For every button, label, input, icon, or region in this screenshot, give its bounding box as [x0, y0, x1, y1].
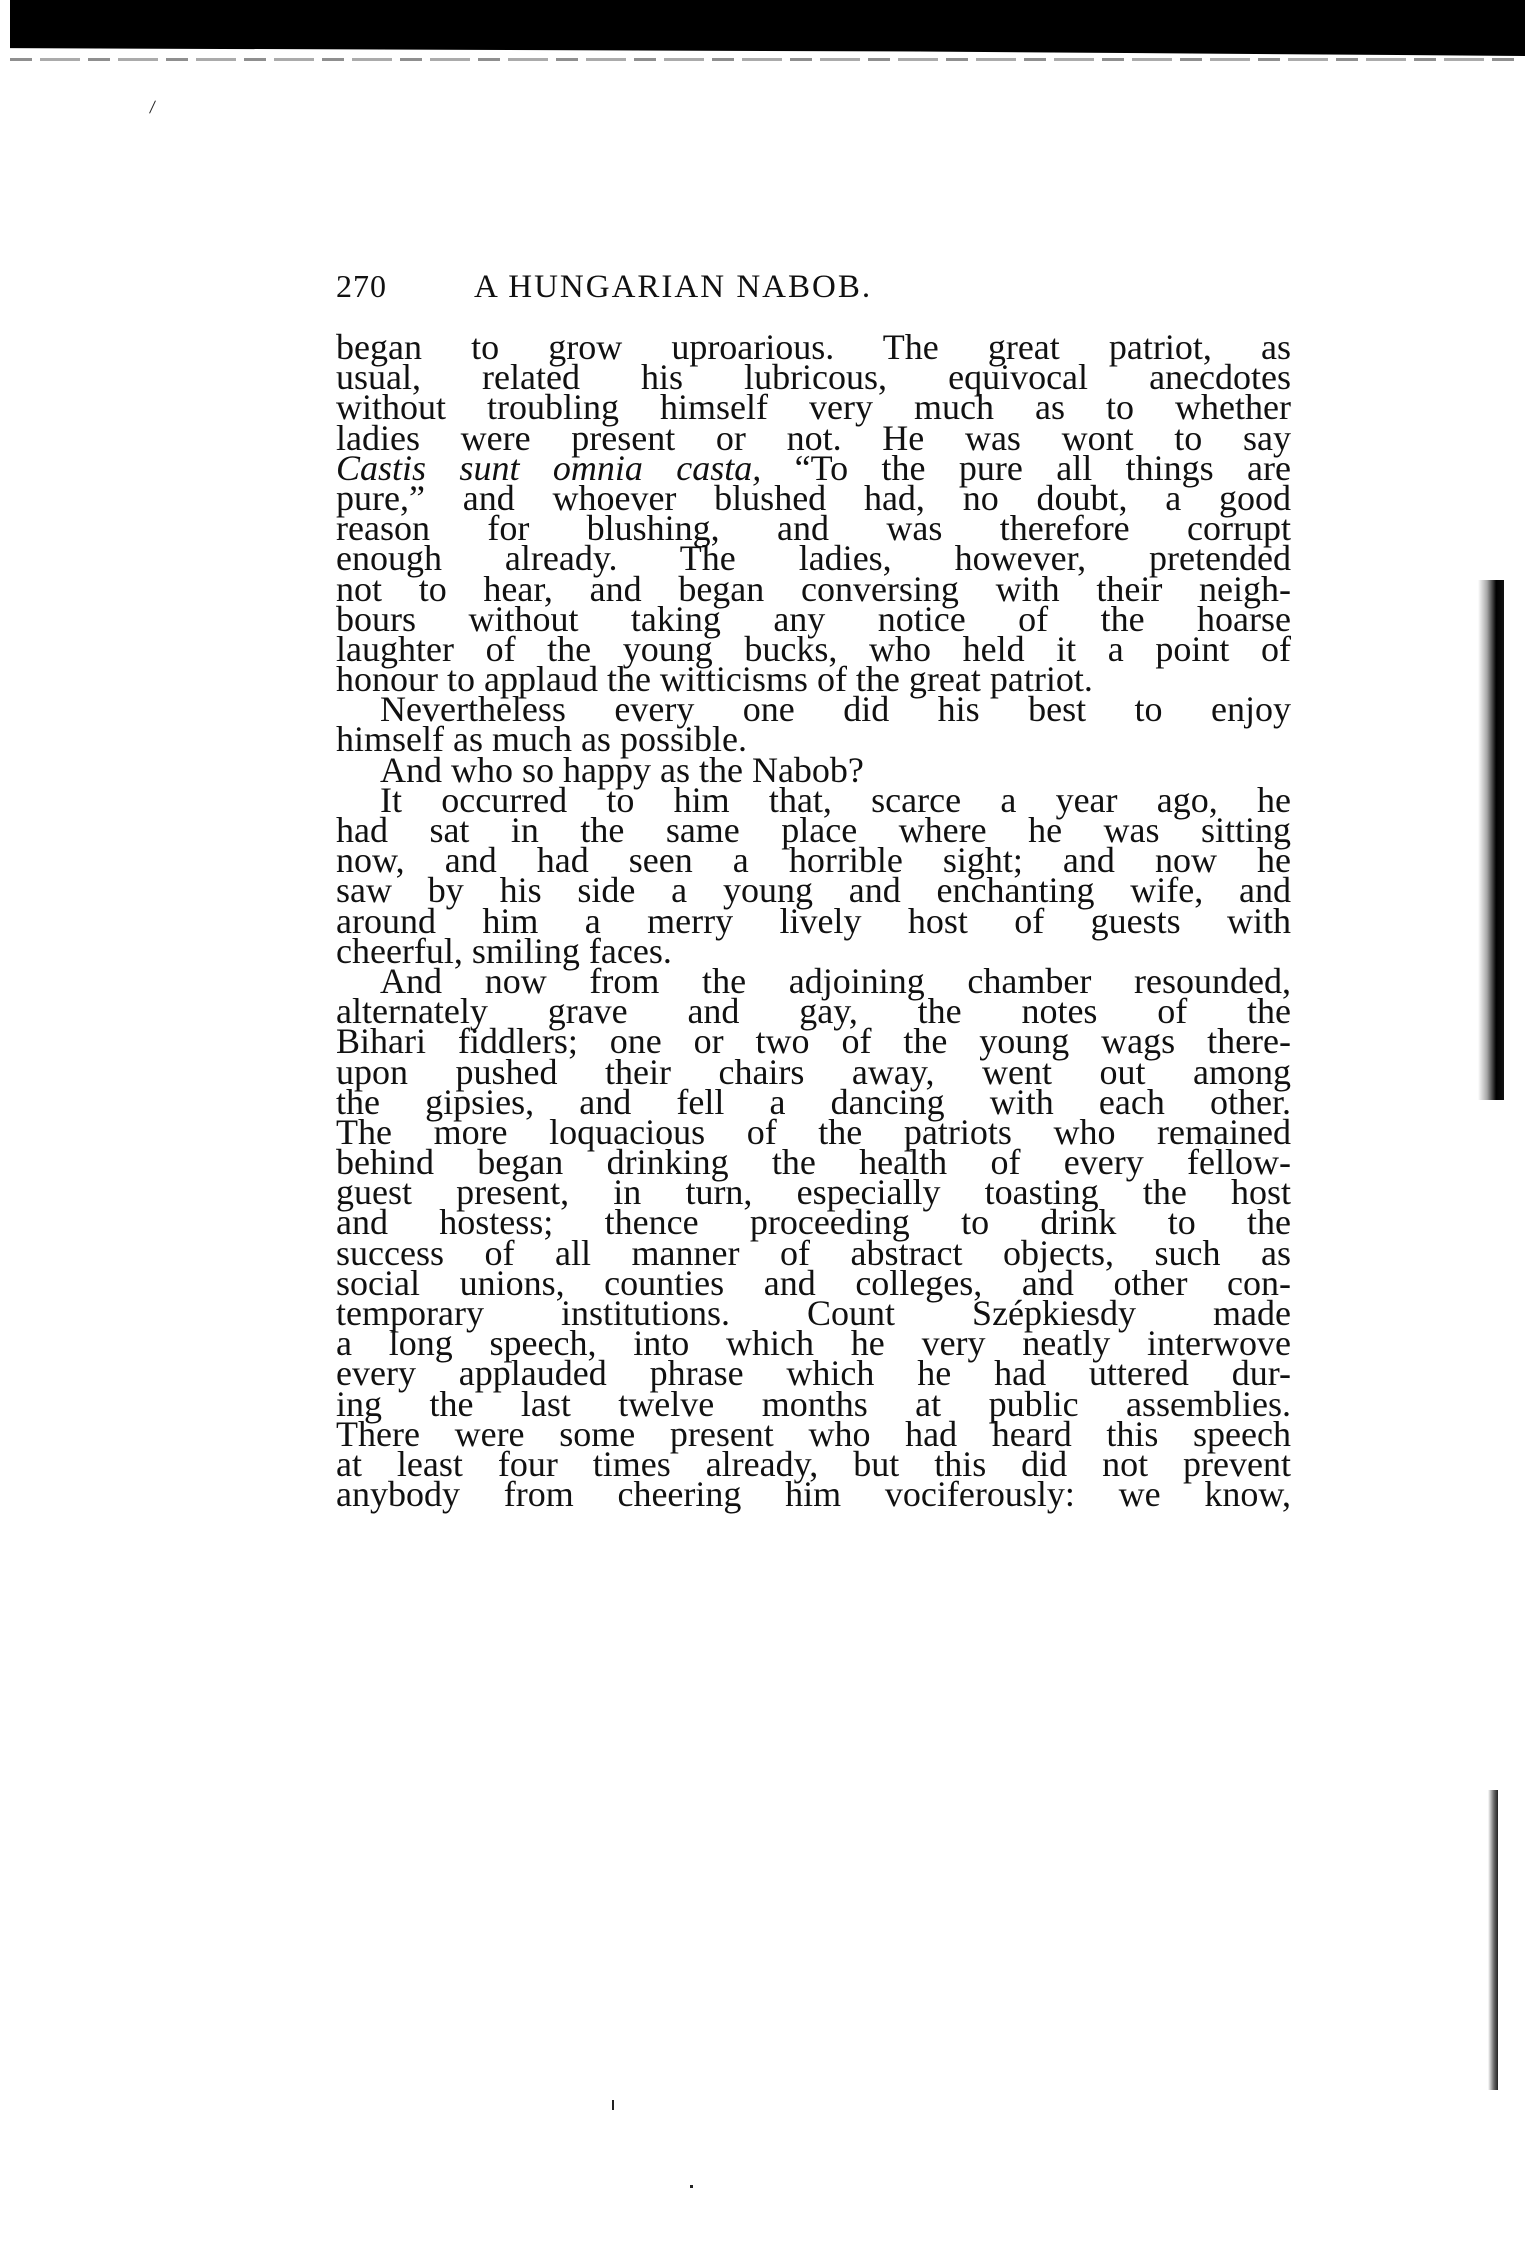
- paragraph: began to grow uproarious. The great patr…: [336, 332, 1291, 694]
- scan-gutter-shadow-upper: [1478, 580, 1504, 1100]
- scan-top-rule: [10, 58, 1515, 61]
- page-number: 270: [336, 268, 426, 305]
- scan-speck: [612, 2100, 614, 2110]
- text-line: anybody from cheering him vociferously: …: [336, 1479, 1291, 1509]
- book-page: 270 A HUNGARIAN NABOB. began to grow upr…: [336, 268, 1291, 1509]
- paragraph: And now from the adjoining chamber resou…: [336, 966, 1291, 1509]
- scan-gutter-shadow-lower: [1488, 1790, 1498, 2090]
- running-title: A HUNGARIAN NABOB.: [474, 269, 872, 306]
- scan-speck: [149, 100, 156, 113]
- scan-speck: [690, 2185, 693, 2188]
- paragraph: It occurred to him that, scarce a year a…: [336, 785, 1291, 966]
- paragraph: Nevertheless every one did his best to e…: [336, 694, 1291, 754]
- body-text: began to grow uproarious. The great patr…: [336, 332, 1291, 1509]
- scan-top-border: [10, 0, 1525, 56]
- running-head: 270 A HUNGARIAN NABOB.: [336, 268, 1291, 324]
